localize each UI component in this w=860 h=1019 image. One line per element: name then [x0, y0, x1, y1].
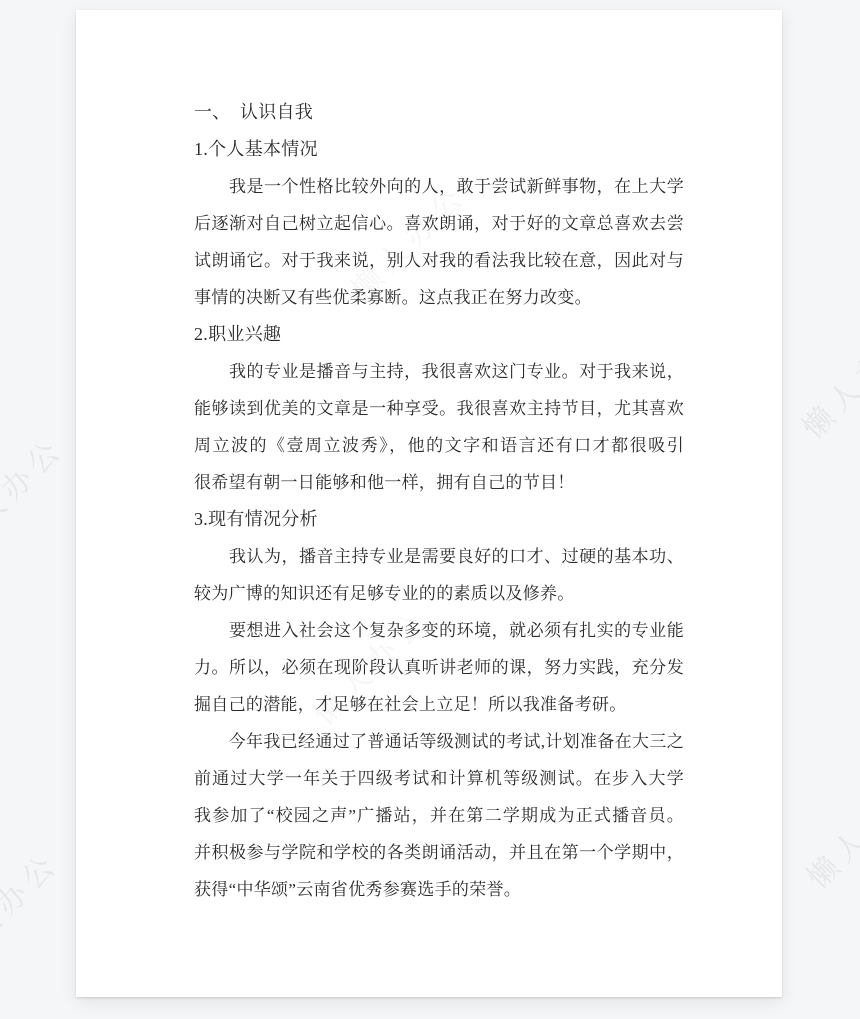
- paragraph-line: 前通过大学一年关于四级考试和计算机等级测试。在步入大学后，: [194, 760, 684, 797]
- paragraph-line: 我的专业是播音与主持，我很喜欢这门专业。对于我来说，: [194, 353, 684, 390]
- document-content: 一、 认识自我 1.个人基本情况 我是一个性格比较外向的人，敢于尝试新鲜事物，在…: [194, 94, 684, 908]
- paragraph-line: 获得“中华颂”云南省优秀参赛选手的荣誉。: [194, 871, 684, 908]
- paragraph-line: 我认为，播音主持专业是需要良好的口才、过硬的基本功、: [194, 538, 684, 575]
- section-title: 1.个人基本情况: [194, 131, 684, 168]
- paragraph-line: 并积极参与学院和学校的各类朗诵活动，并且在第一个学期中，: [194, 834, 684, 871]
- paragraph-line: 试朗诵它。对于我来说，别人对我的看法我比较在意，因此对与: [194, 242, 684, 279]
- section-title: 3.现有情况分析: [194, 501, 684, 538]
- paragraph-line: 掘自己的潜能，才足够在社会上立足！所以我准备考研。: [194, 686, 684, 723]
- paragraph-line: 今年我已经通过了普通话等级测试的考试,计划准备在大三之: [194, 723, 684, 760]
- watermark-text: 懒人办公: [0, 402, 88, 553]
- paragraph-line: 能够读到优美的文章是一种享受。我很喜欢主持节目，尤其喜欢: [194, 390, 684, 427]
- paragraph-line: 后逐渐对自己树立起信心。喜欢朗诵，对于好的文章总喜欢去尝: [194, 205, 684, 242]
- watermark-text: 懒人办公: [0, 817, 83, 968]
- watermark-text: 懒人办公: [795, 738, 860, 889]
- paragraph-line: 要想进入社会这个复杂多变的环境，就必须有扎实的专业能: [194, 612, 684, 649]
- paragraph-line: 事情的决断又有些优柔寡断。这点我正在努力改变。: [194, 279, 684, 316]
- paragraph-line: 我参加了“校园之声”广播站，并在第二学期成为正式播音员。: [194, 797, 684, 834]
- paragraph-line: 我是一个性格比较外向的人，敢于尝试新鲜事物，在上大学: [194, 168, 684, 205]
- paragraph-line: 较为广博的知识还有足够专业的的素质以及修养。: [194, 575, 684, 612]
- paragraph-line: 力。所以，必须在现阶段认真听讲老师的课，努力实践，充分发: [194, 649, 684, 686]
- doc-heading: 一、 认识自我: [194, 94, 684, 131]
- section-title: 2.职业兴趣: [194, 316, 684, 353]
- paragraph-line: 很希望有朝一日能够和他一样，拥有自己的节目！: [194, 464, 684, 501]
- document-page: 懒人办公 懒人办公 一、 认识自我 1.个人基本情况 我是一个性格比较外向的人，…: [76, 10, 782, 997]
- watermark-text: 懒人办公: [790, 288, 860, 439]
- document-preview-canvas: 懒人办公 懒人办公 懒人办公 懒人办公 懒人办公 懒人办公 一、 认识自我 1.…: [0, 0, 860, 1019]
- paragraph-line: 周立波的《壹周立波秀》，他的文字和语言还有口才都很吸引我，: [194, 427, 684, 464]
